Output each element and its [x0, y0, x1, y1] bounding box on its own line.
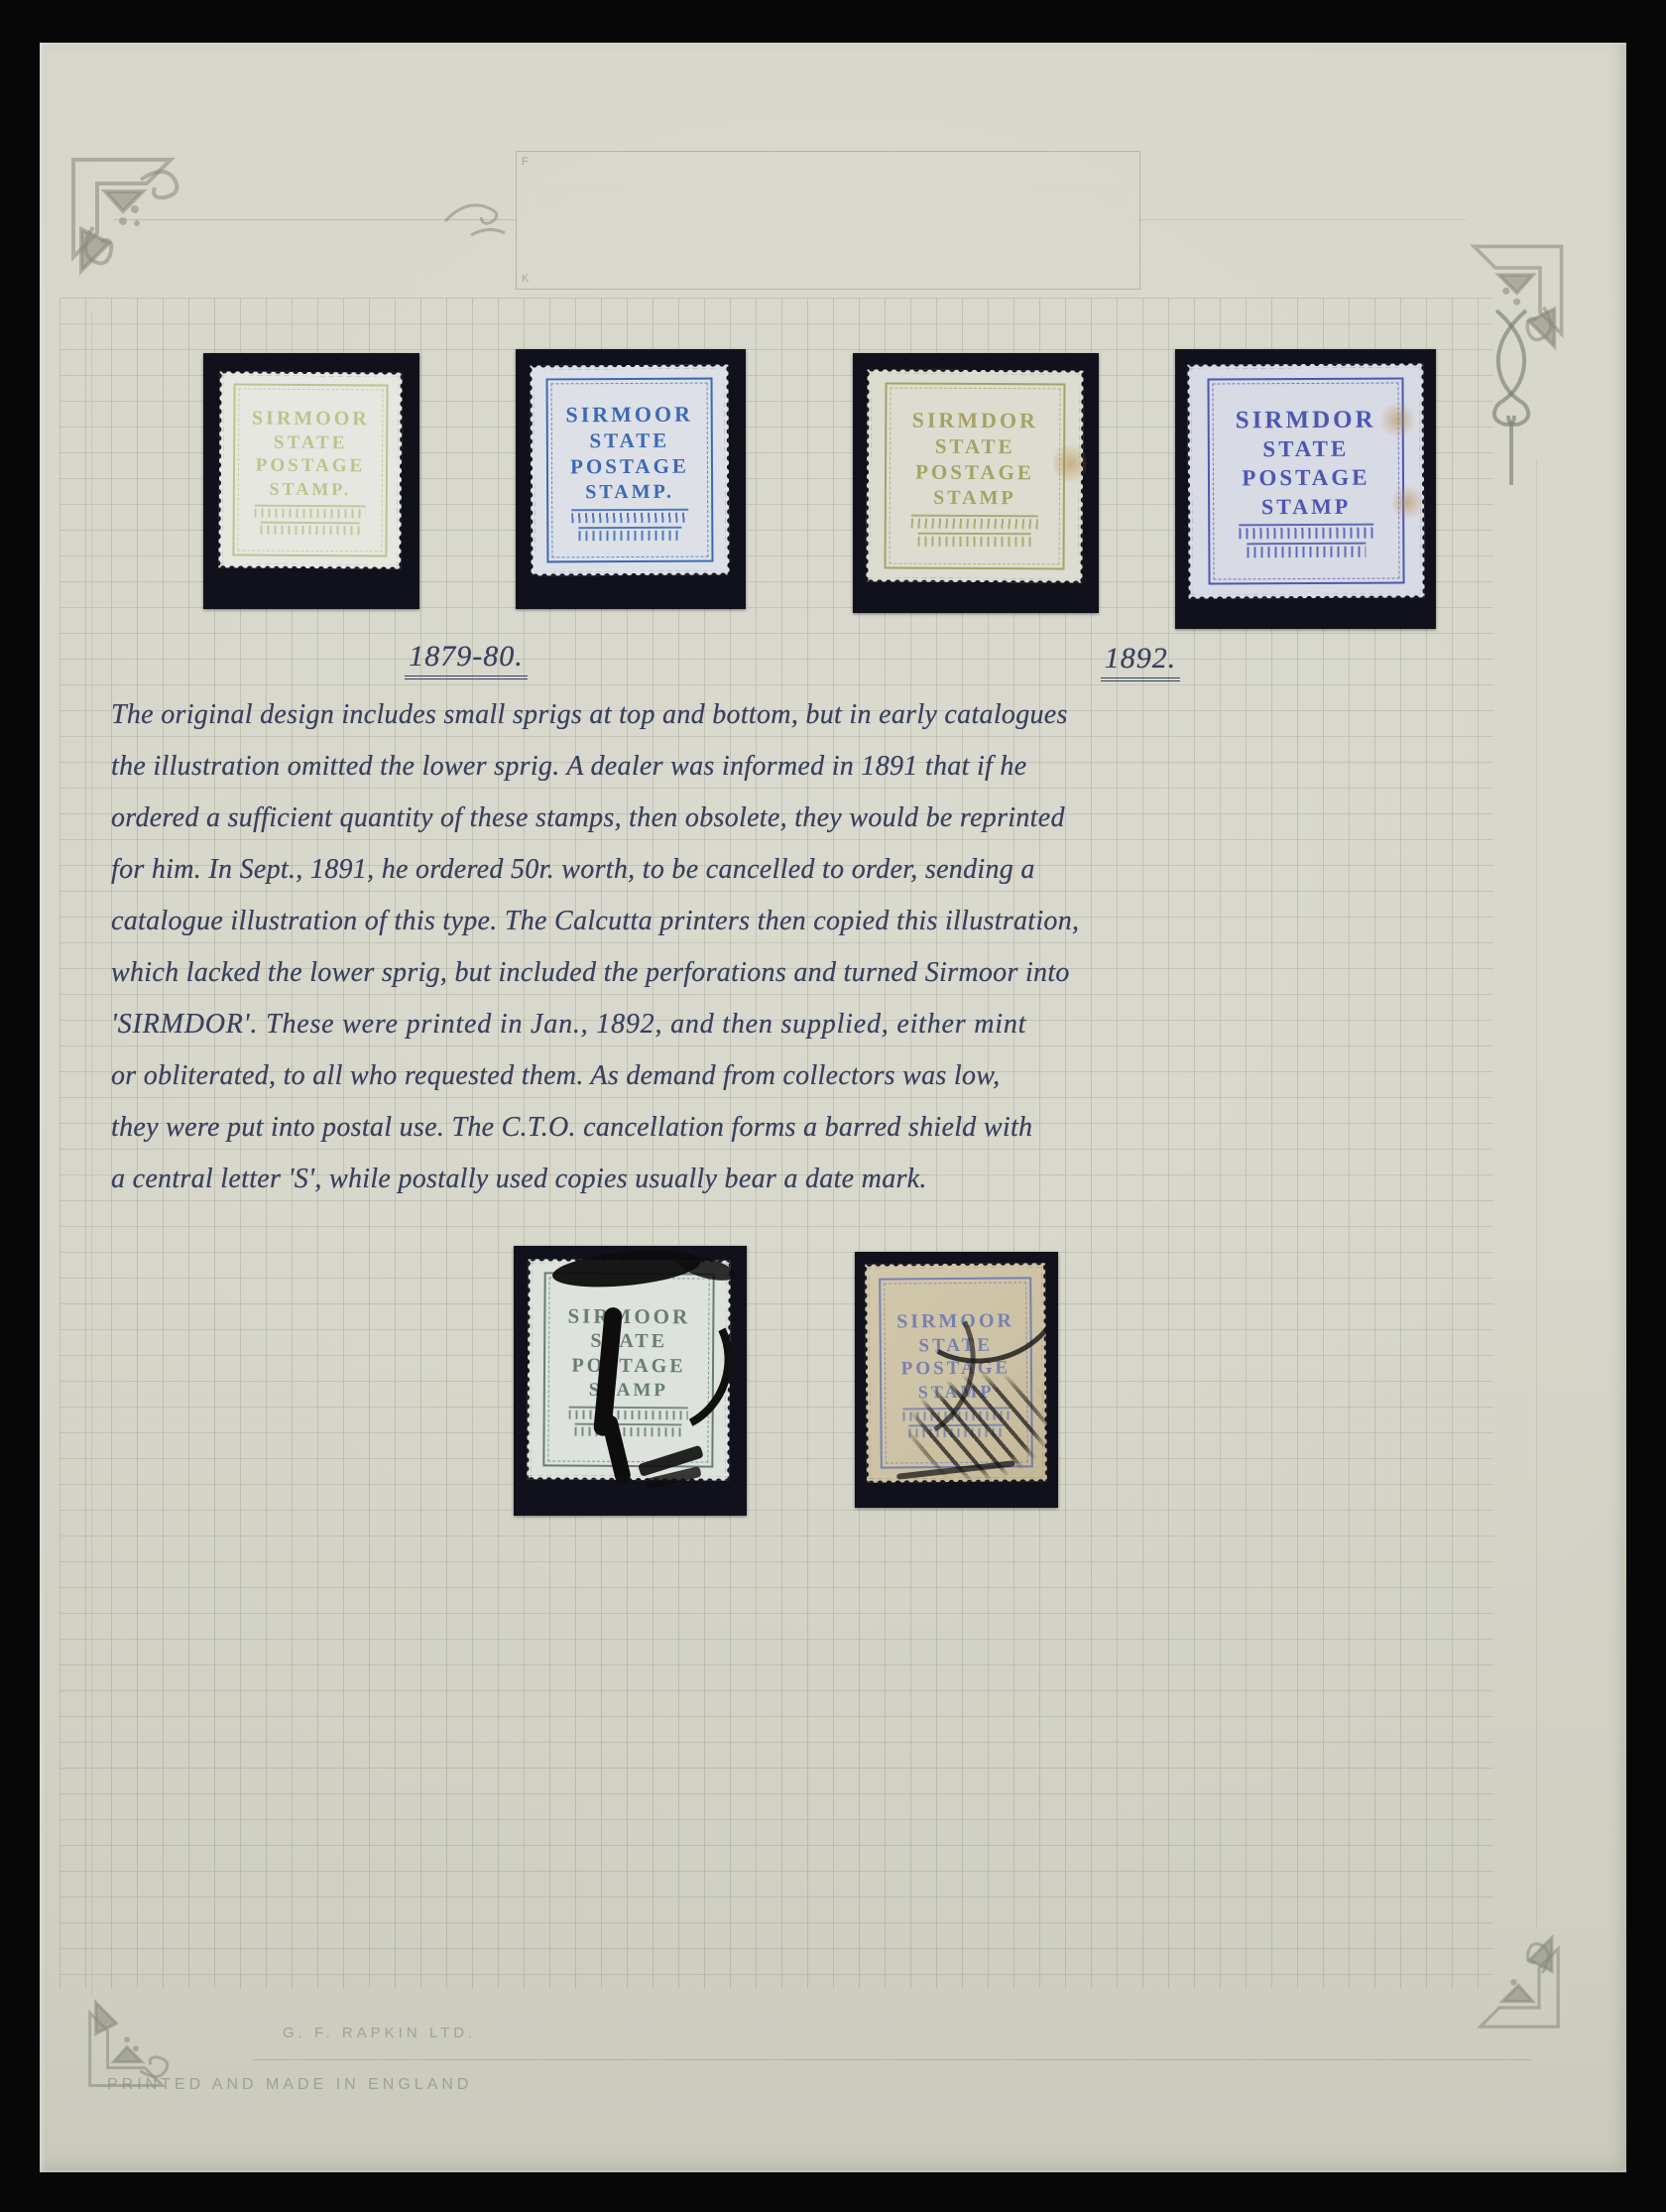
corner-flourish-bottom-right: [1466, 1912, 1565, 2031]
scroll-ornament: [441, 191, 521, 249]
issue-label-1892: 1892.: [1081, 642, 1200, 676]
devanagari-text: [578, 526, 682, 541]
paragraph-line: a central letter 'S', while postally use…: [111, 1164, 927, 1195]
left-border-line: [91, 310, 92, 1997]
stamp-text: POSTAGE: [915, 459, 1034, 486]
stamp-mount: SIRMOOR STATE POSTAGE STAMP.: [203, 353, 419, 609]
title-box-mark-top: F: [522, 156, 529, 168]
stamp-text: SIRMOOR: [252, 406, 370, 431]
devanagari-text: [1247, 543, 1366, 558]
corner-flourish-bottom-left: [71, 1979, 188, 2090]
stamp-1892-ultramarine: SIRMDOR STATE POSTAGE STAMP: [1187, 363, 1424, 598]
devanagari-text: [911, 514, 1038, 529]
stamp-text: SIRMDOR: [912, 406, 1038, 433]
made-in-imprint: PRINTED AND MADE IN ENGLAND: [107, 2076, 472, 2094]
stamp-text: STAMP: [1261, 492, 1352, 520]
paragraph-line: or obliterated, to all who requested the…: [111, 1060, 1001, 1092]
foxing-spot: [1378, 403, 1418, 436]
devanagari-text: [571, 508, 688, 523]
used-stamp-blue-toned: SIRMOOR STATE POSTAGE STAMP: [865, 1263, 1047, 1483]
paragraph-line: 'SIRMDOR'. These were printed in Jan., 1…: [111, 1009, 1026, 1041]
stamp-text: STAMP: [933, 485, 1016, 510]
stamp-mount: SIRMOOR STATE POSTAGE STAMP: [855, 1252, 1058, 1508]
paragraph-line: which lacked the lower sprig, but includ…: [111, 957, 1070, 989]
stamp-text: POSTAGE: [570, 453, 689, 480]
paragraph-line: The original design includes small sprig…: [111, 699, 1068, 731]
stamp-mount: SIRMOOR STATE POSTAGE STAMP: [514, 1246, 747, 1516]
publisher-imprint: G. F. RAPKIN LTD.: [283, 2025, 476, 2041]
stamp-text: POSTAGE: [256, 454, 366, 479]
paragraph-line: they were put into postal use. The C.T.O…: [111, 1112, 1032, 1144]
title-box-outline: F K: [516, 151, 1140, 290]
stamp-1879-green: SIRMOOR STATE POSTAGE STAMP.: [218, 371, 402, 568]
right-edge-scroll-chain: [1483, 308, 1542, 487]
right-border-line: [1536, 459, 1537, 1927]
stamp-mount: SIRMDOR STATE POSTAGE STAMP: [1175, 349, 1436, 629]
foxing-spot: [1392, 482, 1422, 522]
stamp-mount: SIRMOOR STATE POSTAGE STAMP.: [516, 349, 746, 609]
stamp-text: SIRMDOR: [1236, 405, 1376, 436]
stamp-text: STATE: [589, 428, 669, 454]
foxing-spot: [1053, 439, 1087, 487]
stamp-text: POSTAGE: [1242, 464, 1369, 493]
title-box-mark-bottom: K: [522, 273, 529, 285]
stamp-mount: SIRMDOR STATE POSTAGE STAMP: [853, 353, 1099, 613]
stamp-text: SIRMOOR: [565, 400, 693, 428]
stamp-1892-olive: SIRMDOR STATE POSTAGE STAMP: [866, 369, 1083, 582]
stamp-text: STATE: [935, 433, 1015, 460]
used-stamp-green: SIRMOOR STATE POSTAGE STAMP: [527, 1259, 731, 1480]
paragraph-line: for him. In Sept., 1891, he ordered 50r.…: [111, 854, 1035, 886]
issue-label-1879-80: 1879-80.: [382, 640, 550, 674]
album-page: F K: [40, 43, 1626, 2172]
devanagari-text: [1239, 524, 1373, 540]
corner-flourish-top-left: [67, 154, 186, 303]
bottom-rule: [253, 2059, 1532, 2060]
top-rule-right: [1138, 219, 1466, 220]
stamp-1879-blue: SIRMOOR STATE POSTAGE STAMP.: [530, 364, 729, 575]
paragraph-line: catalogue illustration of this type. The…: [111, 906, 1079, 937]
stamp-text: STAMP.: [585, 479, 674, 504]
devanagari-text: [918, 532, 1031, 547]
paragraph-line: ordered a sufficient quantity of these s…: [111, 802, 1065, 834]
stamp-text: STATE: [274, 430, 348, 454]
stamp-text: STATE: [1262, 435, 1349, 464]
devanagari-text: [254, 504, 366, 518]
scanned-album-page-photo: F K: [0, 0, 1666, 2212]
stamp-text: STAMP.: [270, 478, 352, 501]
paragraph-line: the illustration omitted the lower sprig…: [111, 751, 1026, 783]
devanagari-text: [260, 521, 359, 535]
